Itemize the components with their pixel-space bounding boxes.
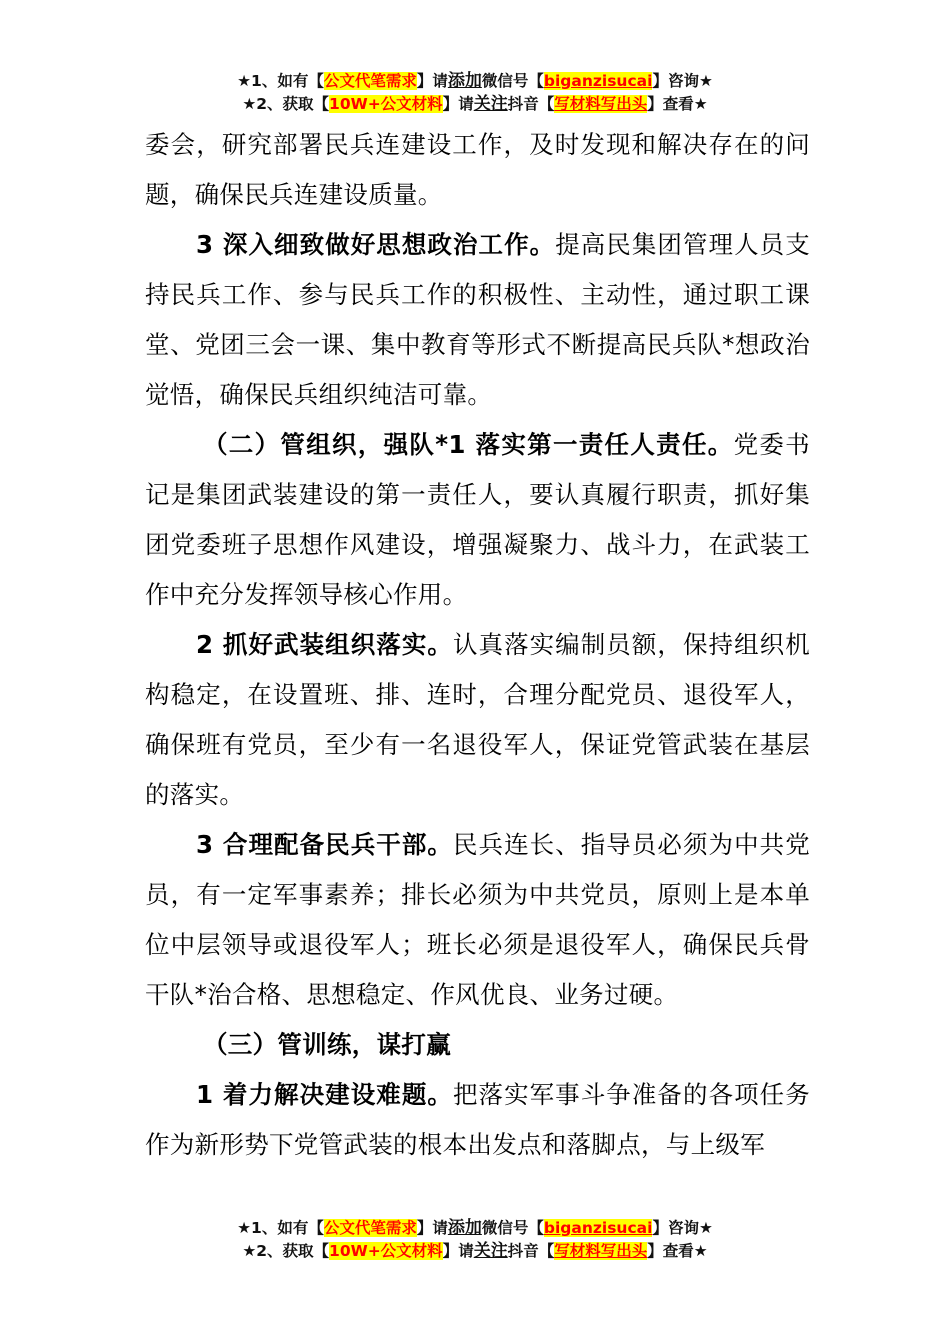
banner-text: 】查看★ — [647, 1242, 707, 1260]
footer-banner: ★1、如有【公文代笔需求】请添加微信号【biganzisucai】咨询★ ★2、… — [0, 1217, 950, 1263]
paragraph-continuation: 委会，研究部署民兵连建设工作，及时发现和解决存在的问题，确保民兵连建设质量。 — [145, 120, 810, 220]
banner-text: ★2、获取【 — [242, 1242, 329, 1260]
paragraph-section-2: （二）管组织，强队*1 落实第一责任人责任。党委书记是集团武装建设的第一责任人，… — [145, 420, 810, 620]
underlined-add: 添加 — [448, 71, 482, 91]
banner-text: 】请 — [443, 95, 474, 113]
section-heading-3: （三）管训练，谋打赢 — [145, 1020, 810, 1070]
banner-text: ★1、如有【 — [237, 72, 324, 90]
banner-text: 抖音【 — [508, 95, 555, 113]
highlight-service: 公文代笔需求 — [324, 1219, 417, 1237]
paragraph-cadres: 3 合理配备民兵干部。民兵连长、指导员必须为中共党员，有一定军事素养；排长必须为… — [145, 820, 810, 1020]
highlight-douyin-account[interactable]: 写材料写出头 — [554, 1242, 647, 1260]
banner-text: ★2、获取【 — [242, 95, 329, 113]
document-body: 委会，研究部署民兵连建设工作，及时发现和解决存在的问题，确保民兵连建设质量。 3… — [145, 120, 810, 1170]
section-heading: （三）管训练，谋打赢 — [203, 1030, 451, 1059]
banner-text: 】请 — [443, 1242, 474, 1260]
paragraph-lead: 3 合理配备民兵干部。 — [196, 830, 453, 859]
banner-text: 抖音【 — [508, 1242, 555, 1260]
header-banner: ★1、如有【公文代笔需求】请添加微信号【biganzisucai】咨询★ ★2、… — [0, 70, 950, 116]
banner-line-2: ★2、获取【10W+公文材料】请关注抖音【写材料写出头】查看★ — [0, 1240, 950, 1263]
banner-text: 】查看★ — [647, 95, 707, 113]
paragraph-text: 委会，研究部署民兵连建设工作，及时发现和解决存在的问题，确保民兵连建设质量。 — [145, 130, 810, 209]
banner-text: 微信号【 — [482, 1219, 544, 1237]
banner-text: 微信号【 — [482, 72, 544, 90]
banner-line-1: ★1、如有【公文代笔需求】请添加微信号【biganzisucai】咨询★ — [0, 1217, 950, 1240]
underlined-follow: 关注 — [474, 1241, 508, 1261]
paragraph-lead: 2 抓好武装组织落实。 — [196, 630, 453, 659]
banner-text: 】请 — [417, 72, 448, 90]
underlined-add: 添加 — [448, 1218, 482, 1238]
highlight-douyin-account[interactable]: 写材料写出头 — [554, 95, 647, 113]
banner-text: ★1、如有【 — [237, 1219, 324, 1237]
paragraph-organization: 2 抓好武装组织落实。认真落实编制员额，保持组织机构稳定，在设置班、排、连时，合… — [145, 620, 810, 820]
highlight-wechat-id[interactable]: biganzisucai — [544, 72, 653, 90]
banner-line-1: ★1、如有【公文代笔需求】请添加微信号【biganzisucai】咨询★ — [0, 70, 950, 93]
paragraph-lead: 1 着力解决建设难题。 — [196, 1080, 453, 1109]
underlined-follow: 关注 — [474, 94, 508, 114]
highlight-service: 公文代笔需求 — [324, 72, 417, 90]
highlight-materials: 10W+公文材料 — [329, 1242, 443, 1260]
banner-text: 】请 — [417, 1219, 448, 1237]
banner-text: 】咨询★ — [652, 72, 712, 90]
highlight-materials: 10W+公文材料 — [329, 95, 443, 113]
banner-text: 】咨询★ — [652, 1219, 712, 1237]
banner-line-2: ★2、获取【10W+公文材料】请关注抖音【写材料写出头】查看★ — [0, 93, 950, 116]
highlight-wechat-id[interactable]: biganzisucai — [544, 1219, 653, 1237]
paragraph-lead: 3 深入细致做好思想政治工作。 — [196, 230, 555, 259]
section-heading: （二）管组织，强队*1 落实第一责任人责任。 — [203, 430, 734, 459]
paragraph-difficulties: 1 着力解决建设难题。把落实军事斗争准备的各项任务作为新形势下党管武装的根本出发… — [145, 1070, 810, 1170]
paragraph-political-work: 3 深入细致做好思想政治工作。提高民集团管理人员支持民兵工作、参与民兵工作的积极… — [145, 220, 810, 420]
